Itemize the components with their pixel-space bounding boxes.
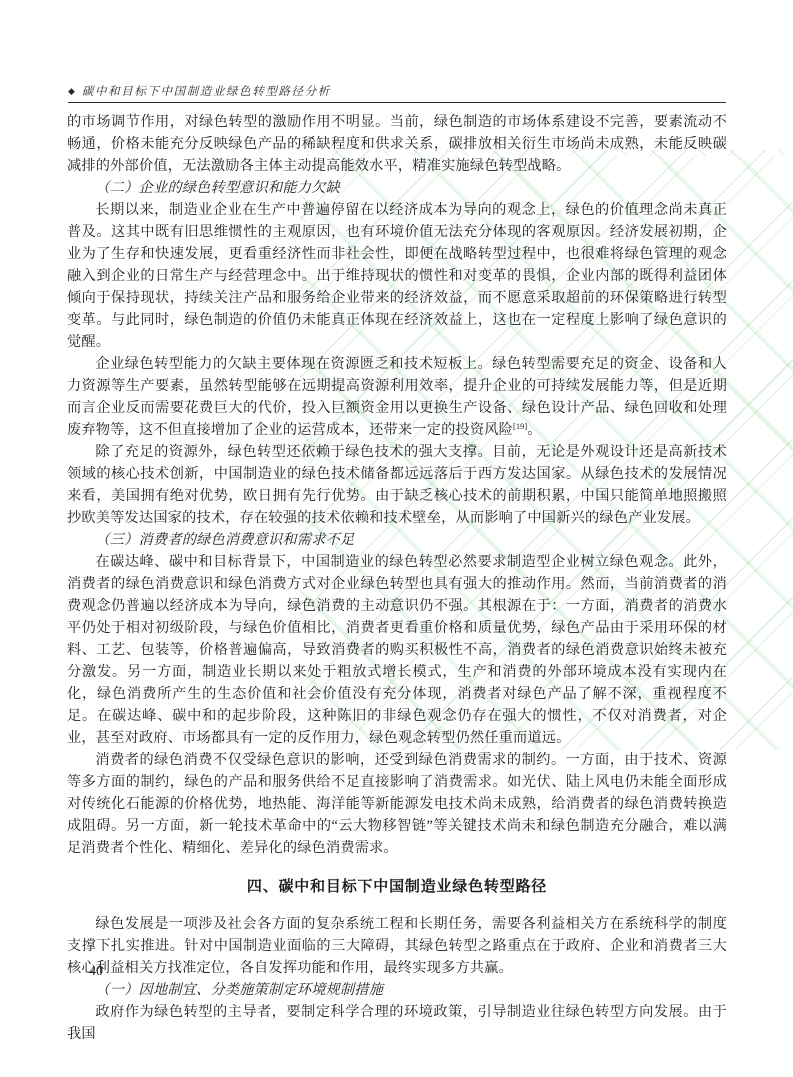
diamond-icon: ◆ [68,86,75,96]
page-number: 40 [89,964,103,980]
citation-marker: [19] [513,421,527,431]
section-heading-4: 四、碳中和目标下中国制造业绿色转型路径 [67,876,727,898]
subsection-heading-1: （一）因地制宜、分类施策制定环境规制措施 [67,979,727,1001]
header-rule [68,102,726,103]
running-title: 碳中和目标下中国制造业绿色转型路径分析 [82,86,331,98]
paragraph: 绿色发展是一项涉及社会各方面的复杂系统工程和长期任务，需要各利益相关方在系统科学… [67,913,727,979]
paragraph: 消费者的绿色消费不仅受绿色意识的影响，还受到绿色消费需求的制约。一方面，由于技术… [67,749,727,859]
paragraph: 政府作为绿色转型的主导者，要制定科学合理的环境政策，引导制造业往绿色转型方向发展… [67,1001,727,1045]
paragraph: 长期以来，制造业企业在生产中普遍停留在以经济成本为导向的观念上，绿色的价值理念尚… [67,199,727,353]
subsection-heading-3: （三）消费者的绿色消费意识和需求不足 [67,529,727,551]
paragraph-with-citation: 企业绿色转型能力的欠缺主要体现在资源匮乏和技术短板上。绿色转型需要充足的资金、设… [67,353,727,441]
subsection-heading-2: （二）企业的绿色转型意识和能力欠缺 [67,177,727,199]
running-header: ◆碳中和目标下中国制造业绿色转型路径分析 [68,83,726,99]
paragraph-text: 企业绿色转型能力的欠缺主要体现在资源匮乏和技术短板上。绿色转型需要充足的资金、设… [67,356,727,438]
paragraph-text-tail: 。 [527,422,541,438]
document-page: ◆碳中和目标下中国制造业绿色转型路径分析 的市场调节作用，对绿色转型的激励作用不… [0,0,793,1077]
paragraph: 在碳达峰、碳中和目标背景下，中国制造业的绿色转型必然要求制造型企业树立绿色观念。… [67,551,727,749]
article-body: 的市场调节作用，对绿色转型的激励作用不明显。当前，绿色制造的市场体系建设不完善，… [67,111,727,1045]
paragraph-continuation: 的市场调节作用，对绿色转型的激励作用不明显。当前，绿色制造的市场体系建设不完善，… [67,111,727,177]
paragraph: 除了充足的资源外，绿色转型还依赖于绿色技术的强大支撑。目前，无论是外观设计还是高… [67,441,727,529]
